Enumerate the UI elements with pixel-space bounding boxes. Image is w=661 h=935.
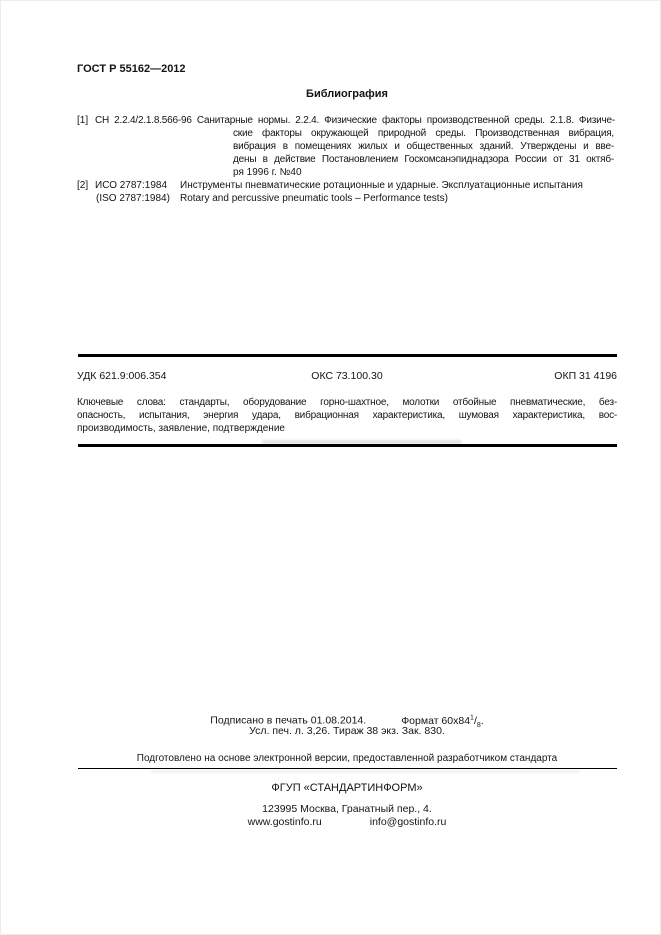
entry-ref-ru: ИСО 2787:1984 (95, 179, 167, 192)
entry-desc-en: Rotary and percussive pneumatic tools – … (180, 192, 448, 205)
entry-line: ря 1996 г. №40 (233, 166, 302, 179)
publisher-name: ФГУП «СТАНДАРТИНФОРМ» (77, 782, 617, 795)
prepared-note: Подготовлено на основе электронной верси… (77, 752, 617, 765)
print-run-line: Усл. печ. л. 3,26. Тираж 38 экз. Зак. 83… (77, 725, 617, 738)
publisher-website: www.gostinfo.ru (248, 816, 322, 828)
publisher-email: info@gostinfo.ru (370, 816, 447, 828)
horizontal-rule-bottom (78, 444, 617, 447)
entry-marker: [2] (77, 179, 88, 192)
oks-code: ОКС 73.100.30 (77, 370, 617, 383)
entry-marker: [1] (77, 114, 88, 127)
entry-ref-en: (ISO 2787:1984) (96, 192, 170, 205)
entry-line: вибрация в помещениях жилых и общественн… (233, 140, 614, 153)
print-artifact (150, 770, 580, 773)
keywords-line: опасность, испытания, энергия удара, виб… (77, 409, 617, 422)
keywords-line: производимость, заявление, подтверждение (77, 422, 285, 435)
thin-rule (78, 768, 617, 769)
doc-code: ГОСТ Р 55162—2012 (77, 63, 186, 76)
entry-line: ские факторы окружающей природной среды.… (233, 127, 614, 140)
okp-code: ОКП 31 4196 (554, 370, 617, 383)
horizontal-rule-top (78, 354, 617, 357)
publisher-address: 123995 Москва, Гранатный пер., 4. (77, 803, 617, 816)
document-page: ГОСТ Р 55162—2012 Библиография [1] СН 2.… (0, 0, 661, 935)
entry-line: СН 2.2.4/2.1.8.566-96 Санитарные нормы. … (95, 114, 615, 127)
entry-line: дены в действие Постановлением Госкомсан… (233, 153, 614, 166)
keywords-line: Ключевые слова: стандарты, оборудование … (77, 396, 617, 409)
publisher-contacts: www.gostinfo.ruinfo@gostinfo.ru (77, 816, 617, 829)
section-title: Библиография (77, 88, 617, 101)
entry-desc-ru: Инструменты пневматические ротационные и… (180, 179, 583, 192)
